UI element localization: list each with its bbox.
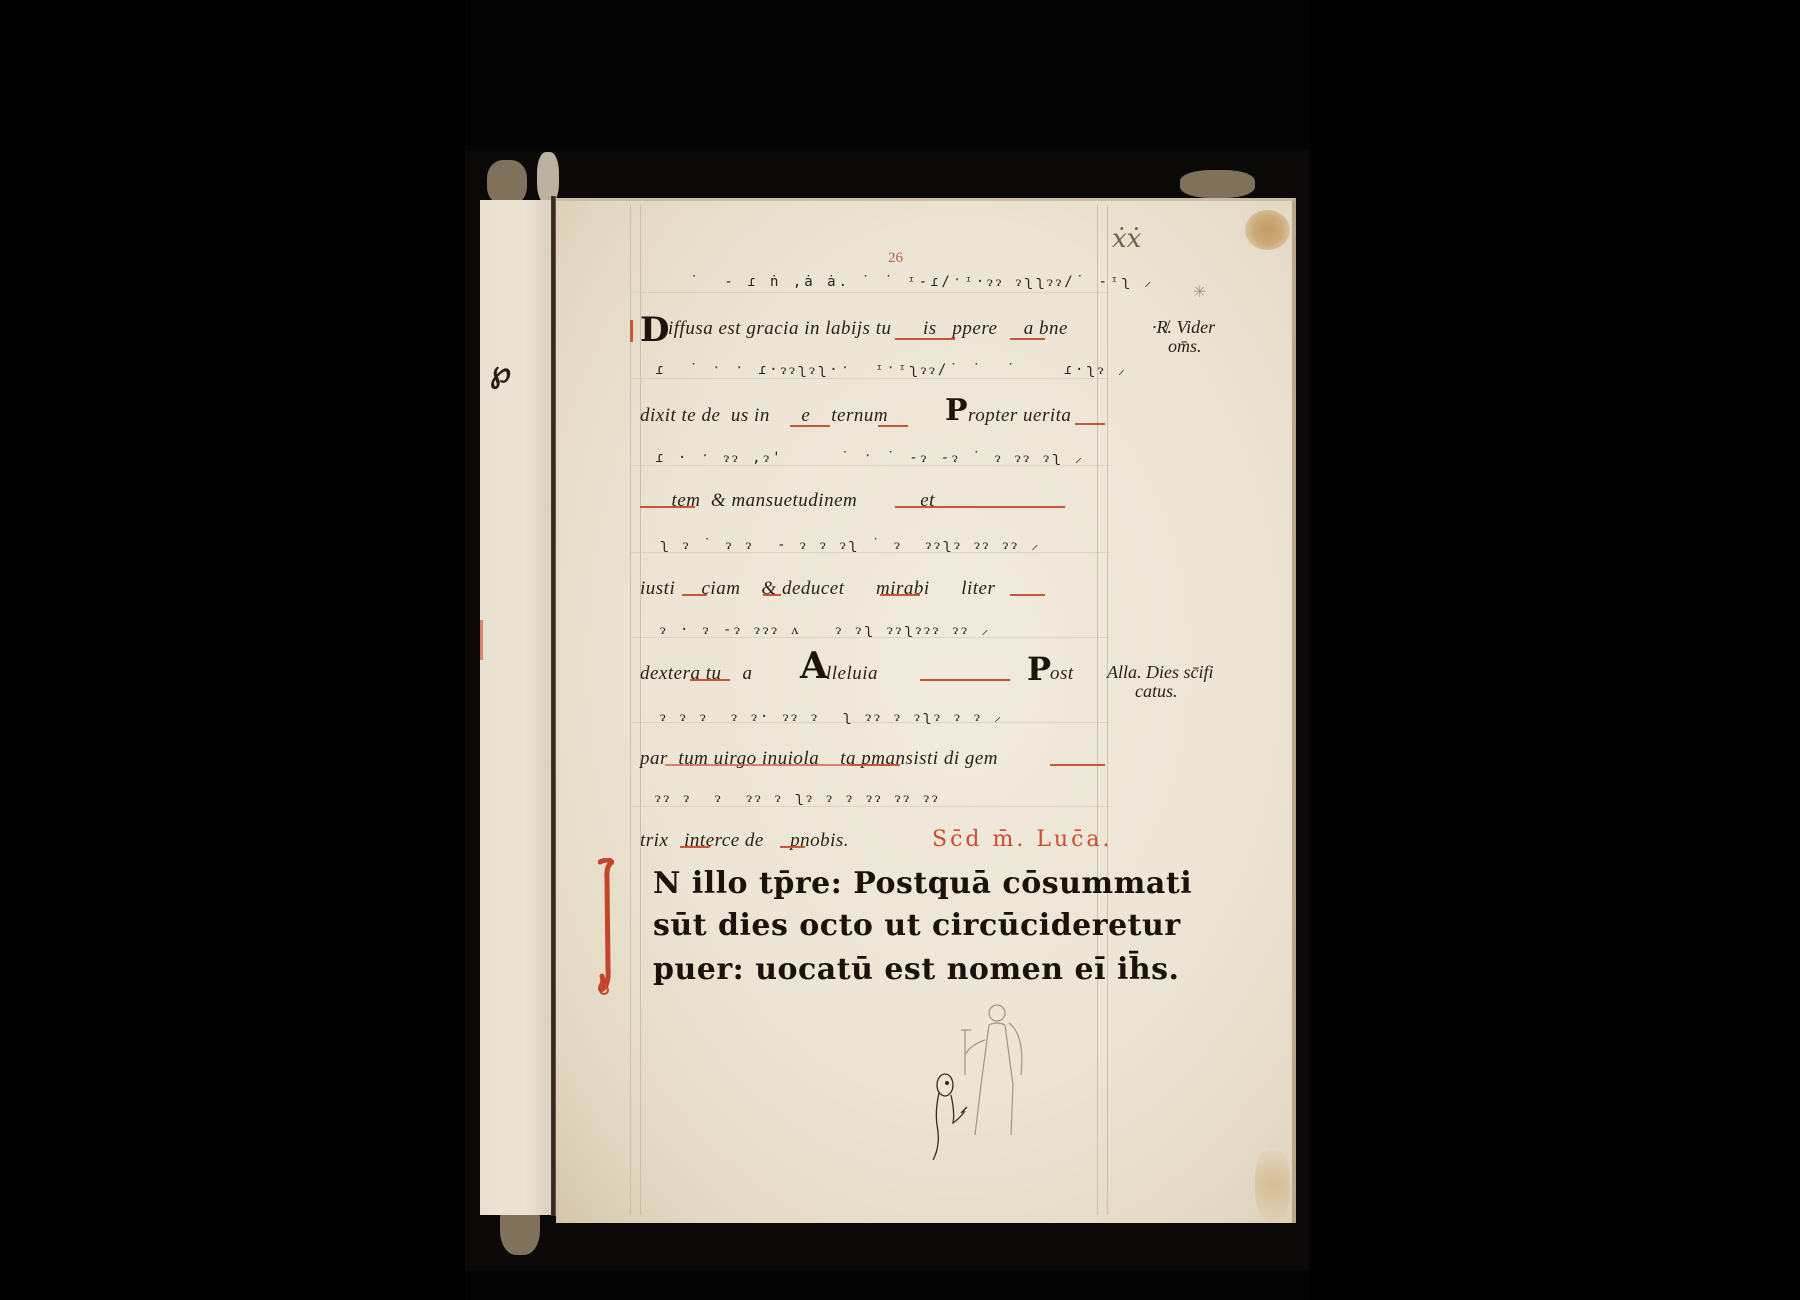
chant-text-line: dextera tu a — [640, 663, 753, 685]
chant-text-line: ost — [1050, 663, 1074, 685]
neume-row: ɾ · ˑ ɂɂ ,ɂ' ˙ ˑ ˙ ‐ɂ ‐ɂ ˙ ɂ ɂɂ ɂʅ ⸝ — [655, 448, 1085, 467]
gospel-rubric: Sc̄d m̄. Luc̄a. — [932, 827, 1113, 852]
red-melisma-line — [895, 506, 1065, 508]
chant-text-line: iffusa est gracia in labijs tu is ppere … — [668, 318, 1068, 340]
red-melisma-line — [690, 679, 730, 681]
margin-note-text: ·R̸. Vider — [1152, 317, 1215, 337]
ruling-line — [1107, 205, 1108, 1215]
margin-note-text: catus. — [1107, 681, 1178, 701]
red-melisma-line — [790, 425, 830, 427]
water-stain — [1255, 1150, 1290, 1220]
ruling-line — [630, 205, 631, 1215]
gospel-text-line: puer: uocatū est nomen eı̄ ih̄s. — [653, 952, 1180, 987]
red-melisma-line — [850, 764, 900, 766]
left-leaf-rubric-mark — [480, 620, 483, 660]
initial-A: A — [800, 645, 828, 687]
red-melisma-line — [878, 425, 908, 427]
neume-row: ɾ ˙ ˑ ˑ ɾ·ɂɂʅɂʅ·ˑ ᶦˑᶦʅɂɂ/˙ ˙ ˙ ɾ·ʅɂ ⸝ — [655, 360, 1128, 379]
red-melisma-line — [682, 594, 707, 596]
red-melisma-line — [763, 594, 781, 596]
red-melisma-line — [1010, 338, 1045, 340]
red-melisma-line — [880, 594, 920, 596]
gospel-text-line: sūt dies octo ut circūcideretur — [653, 908, 1181, 943]
water-stain — [1245, 210, 1290, 250]
marginal-sketch-figures — [915, 995, 1035, 1165]
red-melisma-line — [780, 846, 805, 848]
left-leaf — [480, 200, 553, 1215]
ruling-line — [640, 205, 641, 1215]
pencil-page-number: 26 — [888, 250, 903, 267]
folio-number: ẋẋ — [1112, 224, 1141, 254]
chant-text-line: iusti ciam & deducet mirabi liter — [640, 578, 995, 600]
red-melisma-line — [1010, 594, 1045, 596]
neume-row: ɂ ɂ ɂ ɂ ɂ· ɂɂ ɂ ʅ ɂɂ ɂ ɂʅɂ ɂ ɂ ⸝ — [660, 707, 1004, 726]
ruling-line — [630, 292, 1110, 293]
chant-text-line: dixit te de us in e ternum — [640, 405, 888, 427]
chant-text-line: trix interce de pnobis. — [640, 830, 849, 852]
red-initial-I-icon — [598, 858, 614, 998]
chant-text-line: par tum uirgo inuiola ta pmansisti di ge… — [640, 748, 998, 770]
initial-D: D — [640, 310, 669, 350]
neume-row: ɂɂ ɂ ɂ ɂɂ ɂ ʅɂ ɂ ɂ ɂɂ ɂɂ ɂɂ — [655, 790, 941, 807]
margin-note-alleluia: Alla. Dies sc̄ificatus. — [1107, 663, 1214, 701]
initial-red-accent — [630, 320, 633, 342]
neume-row: ɂ · ɂ ‐ɂ ɂɂɂ ᴧ ɂ ɂʅ ɂɂʅɂɂɂ ɂɂ ⸝ — [660, 620, 991, 639]
red-melisma-line — [1050, 764, 1105, 766]
red-melisma-line — [680, 846, 710, 848]
red-melisma-line — [895, 338, 955, 340]
chant-text-line: tem & mansuetudinem et — [640, 490, 935, 512]
initial-P: P — [945, 393, 968, 428]
margin-note-text: Alla. Dies sc̄ifi — [1107, 662, 1214, 682]
black-background-right — [1310, 0, 1800, 1300]
margin-note-text: om̄s. — [1152, 336, 1202, 356]
margin-note-verse: ·R̸. Viderom̄s. — [1152, 318, 1215, 356]
chant-text-line: lleluia — [826, 663, 878, 685]
tattered-edge — [1180, 170, 1255, 198]
red-melisma-line — [1075, 423, 1105, 425]
black-background-left — [0, 0, 465, 1300]
gospel-text-line: N illo tp̄re: Postquā cōsummati — [653, 866, 1192, 901]
tattered-edge — [487, 160, 527, 205]
star-mark-icon: ✳ — [1193, 282, 1206, 301]
neume-row: ˙ ‐ ɾ ṅ ,ȧ ȧ. ˙ ˙ ᶦ‐ɾ/ˑᶦ·ɂɂ ɂʅʅɂɂ/˙ ‐ᶦʅ … — [690, 272, 1154, 291]
neume-row: ʅ ɂ ˙ ɂ ɂ ‐ ɂ ɂ ɂʅ ˙ ɂ ɂɂʅɂ ɂɂ ɂɂ ⸝ — [660, 535, 1041, 554]
ruling-line — [1097, 205, 1098, 1215]
left-leaf-glyph: ℘ — [490, 355, 511, 390]
red-melisma-line — [920, 679, 1010, 681]
initial-P: P — [1027, 650, 1051, 688]
chant-text-line: ropter uerita — [968, 405, 1071, 427]
